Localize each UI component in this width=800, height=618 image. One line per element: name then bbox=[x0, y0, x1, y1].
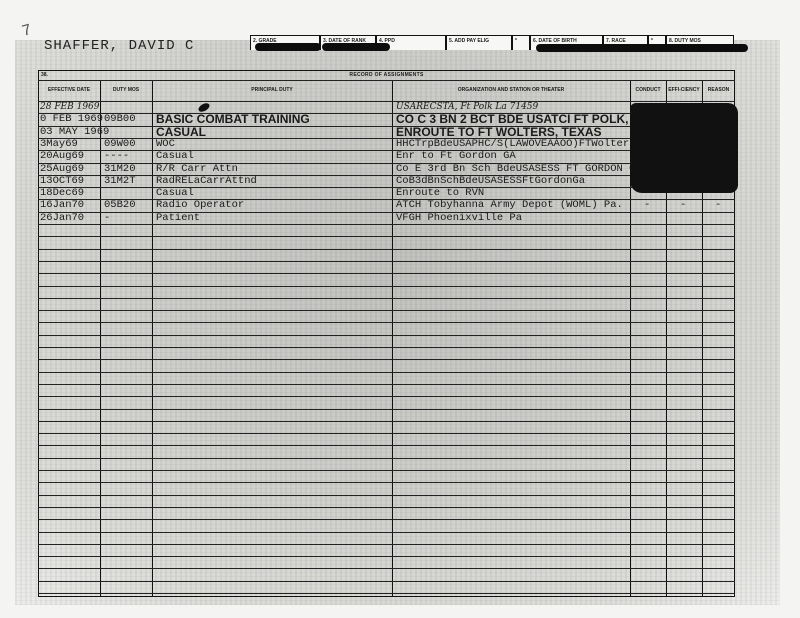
row-divider bbox=[38, 286, 735, 287]
row-divider bbox=[38, 199, 735, 200]
row-divider bbox=[38, 495, 735, 496]
cell-effective-date: 20Aug69 bbox=[40, 150, 84, 162]
row-divider bbox=[38, 470, 735, 471]
cell-reason: - bbox=[715, 199, 721, 211]
row-divider bbox=[38, 396, 735, 397]
row-divider bbox=[38, 433, 735, 434]
column-effective-date: EFFECTIVE DATE bbox=[38, 80, 100, 100]
cell-principal-duty: Casual bbox=[156, 150, 194, 162]
column-conduct: CONDUCT bbox=[630, 80, 666, 100]
cell-duty-mos: - bbox=[104, 212, 110, 224]
row-divider bbox=[38, 532, 735, 533]
cell-duty-mos: 09W00 bbox=[104, 138, 136, 150]
row-divider bbox=[38, 212, 735, 213]
row-divider bbox=[38, 322, 735, 323]
row-divider bbox=[38, 298, 735, 299]
row-divider bbox=[38, 359, 735, 360]
cell-principal-duty: Patient bbox=[156, 212, 200, 224]
row-divider bbox=[38, 458, 735, 459]
row-divider bbox=[38, 384, 735, 385]
cell-organization: CO C 3 BN 2 BCT BDE USATCI FT POLK, LA bbox=[396, 113, 648, 125]
row-divider bbox=[38, 310, 735, 311]
cell-effective-date: 26Jan70 bbox=[40, 212, 84, 224]
cell-principal-duty: RadRELaCarrAttnd bbox=[156, 175, 257, 187]
service-member-name: SHAFFER, DAVID C bbox=[44, 38, 194, 54]
redaction-grade bbox=[255, 43, 321, 51]
column-principal-duty: PRINCIPAL DUTY bbox=[152, 80, 392, 100]
cell-organization: CoB3dBnSchBdeUSASESSFtGordonGa bbox=[396, 175, 585, 187]
row-divider bbox=[38, 409, 735, 410]
cell-principal-duty: BASIC COMBAT TRAINING bbox=[156, 113, 310, 125]
section-title: RECORD OF ASSIGNMENTS bbox=[38, 72, 735, 78]
row-divider bbox=[38, 421, 735, 422]
column-organization-station: ORGANIZATION AND STATION OR THEATER bbox=[392, 80, 630, 100]
row-divider bbox=[38, 568, 735, 569]
cell-principal-duty: Casual bbox=[156, 187, 194, 199]
cell-organization: HHCTrpBdeUSAPHC/S(LAWOVEAAOO)FTWoltersTX bbox=[396, 138, 648, 150]
redaction-blot-ratings bbox=[630, 103, 738, 193]
cell-organization: Enr to Ft Gordon GA bbox=[396, 150, 516, 162]
cell-effective-date: 25Aug69 bbox=[40, 163, 84, 175]
column-reason: REASON bbox=[702, 80, 735, 100]
cell-effective-date: 3May69 bbox=[40, 138, 78, 150]
row-divider bbox=[38, 335, 735, 336]
row-divider bbox=[38, 249, 735, 250]
row-divider bbox=[38, 445, 735, 446]
row-divider bbox=[38, 507, 735, 508]
cell-organization: USARECSTA, Ft Polk La 71459 bbox=[396, 101, 538, 113]
redaction-birth-race-mos bbox=[536, 44, 748, 52]
row-divider bbox=[38, 261, 735, 262]
column-duty-mos: DUTY MOS bbox=[100, 80, 152, 100]
cell-duty-mos: 05B20 bbox=[104, 199, 136, 211]
cell-duty-mos: ---- bbox=[104, 150, 129, 162]
row-divider bbox=[38, 581, 735, 582]
redaction-date-of-rank bbox=[322, 43, 390, 51]
field-asterisk-1: * bbox=[512, 35, 530, 50]
cell-effective-date: 18Dec69 bbox=[40, 187, 84, 199]
row-divider bbox=[38, 187, 735, 188]
cell-organization: Enroute to RVN bbox=[396, 187, 484, 199]
row-divider bbox=[38, 236, 735, 237]
cell-principal-duty: R/R Carr Attn bbox=[156, 163, 238, 175]
field-add-pay-elig: 5. ADD PAY ELIG bbox=[446, 35, 512, 50]
cell-effective-date: 03 MAY 1969 bbox=[40, 126, 109, 138]
row-divider bbox=[38, 347, 735, 348]
cell-conduct: - bbox=[644, 199, 650, 211]
row-divider bbox=[38, 519, 735, 520]
cell-organization: VFGH Phoenixville Pa bbox=[396, 212, 522, 224]
cell-organization: ATCH Tobyhanna Army Depot (WOML) Pa. bbox=[396, 199, 623, 211]
row-divider bbox=[38, 544, 735, 545]
row-divider bbox=[38, 101, 735, 102]
cell-effective-date: 28 FEB 1969 bbox=[40, 101, 100, 113]
row-divider bbox=[38, 273, 735, 274]
cell-effective-date: 13OCT69 bbox=[40, 175, 84, 187]
row-divider bbox=[38, 556, 735, 557]
cell-effective-date: 16Jan70 bbox=[40, 199, 84, 211]
cell-duty-mos: 31M20 bbox=[104, 163, 136, 175]
corner-page-mark: 7 bbox=[20, 21, 34, 41]
row-divider bbox=[38, 224, 735, 225]
cell-organization: Co E 3rd Bn Sch BdeUSASESS FT GORDON GA bbox=[396, 163, 642, 175]
row-divider bbox=[38, 482, 735, 483]
row-divider bbox=[38, 372, 735, 373]
section-header: 38. RECORD OF ASSIGNMENTS bbox=[38, 71, 735, 79]
cell-principal-duty: Radio Operator bbox=[156, 199, 244, 211]
cell-principal-duty: CASUAL bbox=[156, 126, 206, 138]
cell-duty-mos: 09B00 bbox=[104, 113, 136, 125]
column-efficiency: EFFI-CIENCY bbox=[666, 80, 702, 100]
cell-duty-mos: 31M2T bbox=[104, 175, 136, 187]
cell-efficiency: - bbox=[680, 199, 686, 211]
row-divider bbox=[38, 593, 735, 594]
cell-effective-date: 0 FEB 1969 bbox=[40, 113, 103, 125]
cell-principal-duty: WOC bbox=[156, 138, 175, 150]
cell-organization: ENROUTE TO FT WOLTERS, TEXAS bbox=[396, 126, 602, 138]
